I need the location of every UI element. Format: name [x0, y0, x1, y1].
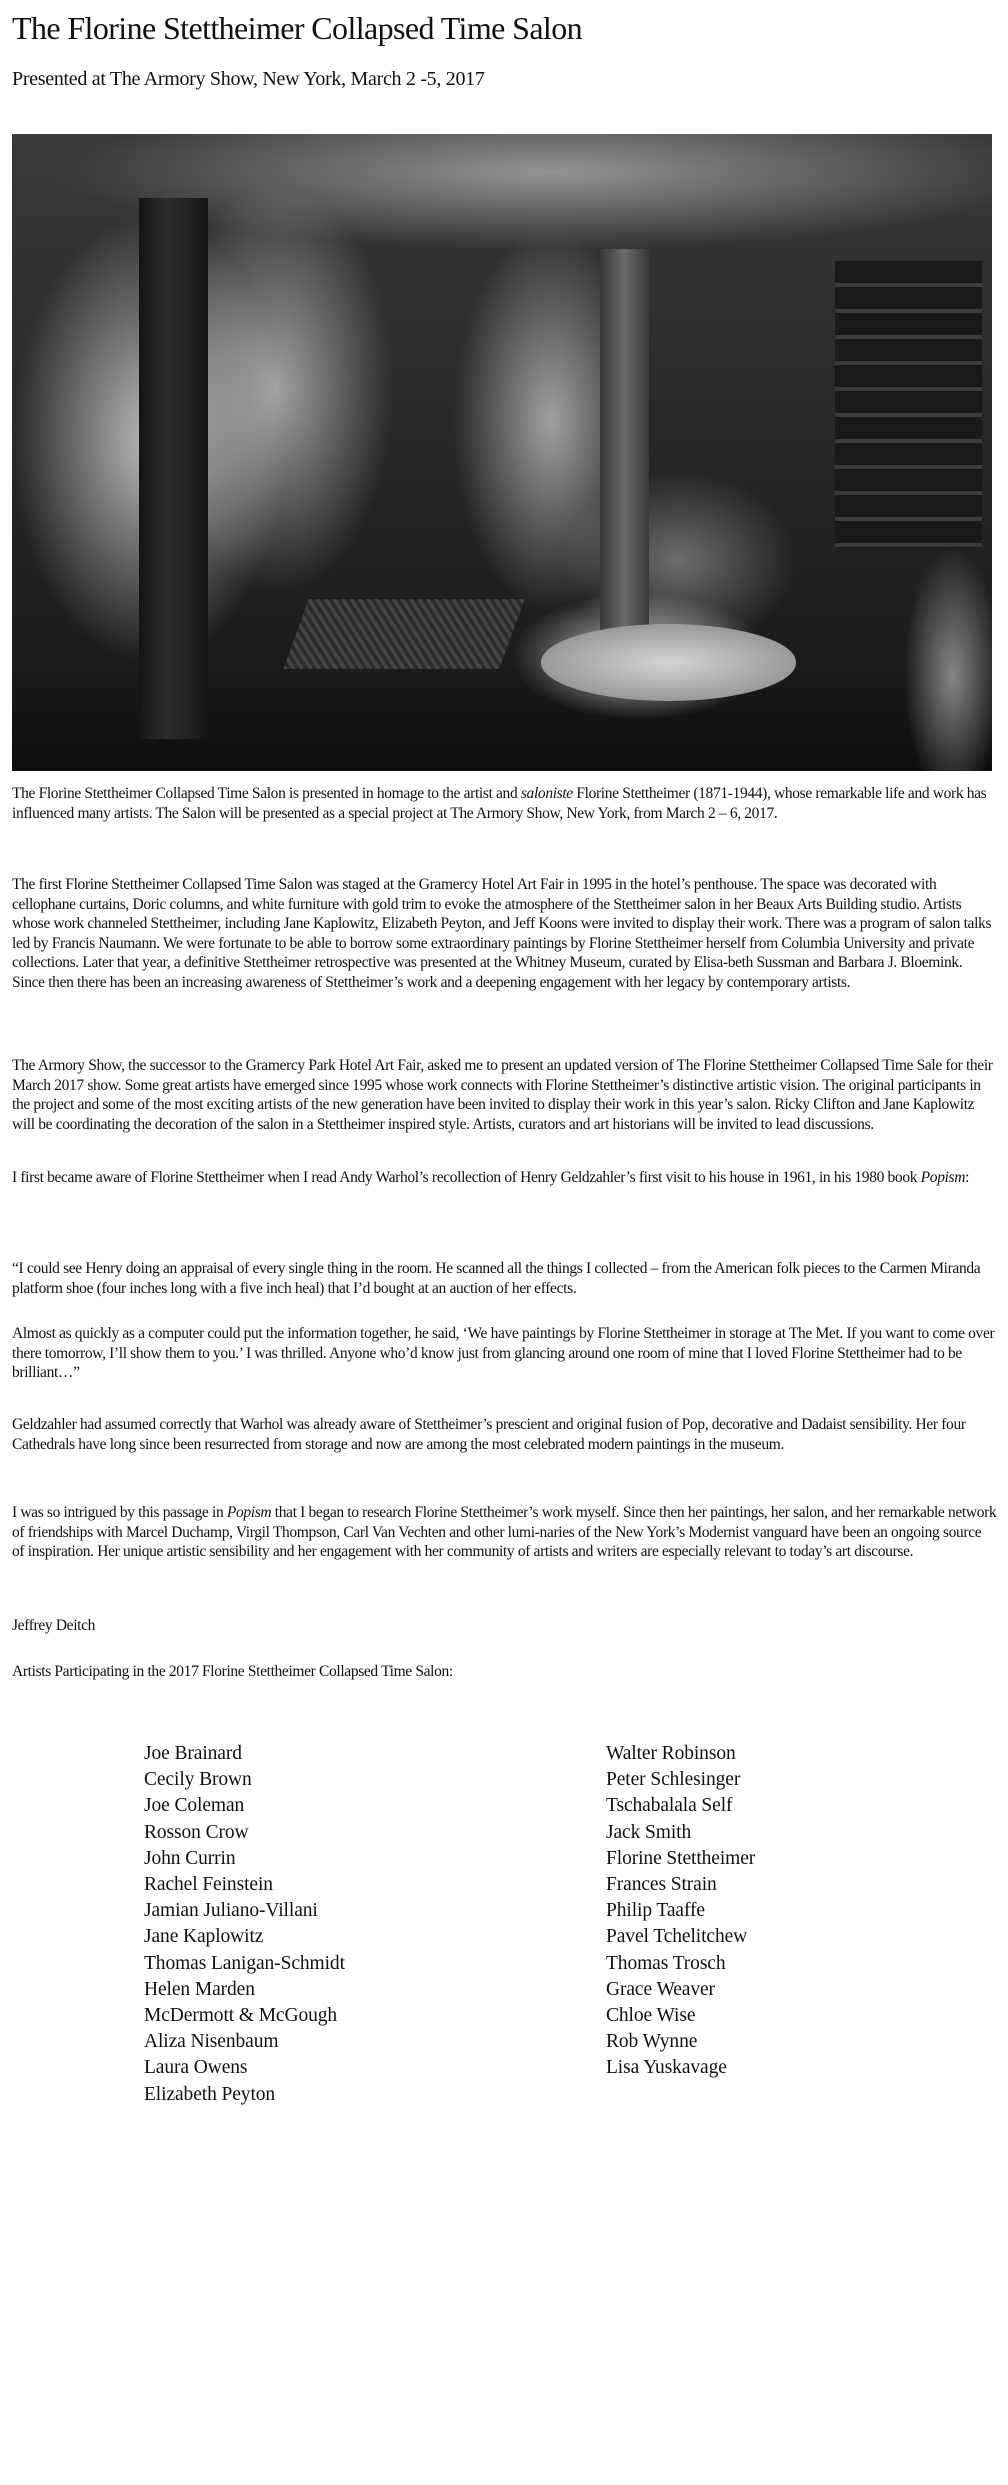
artist-name: Joe Coleman — [144, 1793, 345, 1819]
artist-name: Thomas Lanigan-Schmidt — [144, 1951, 345, 1977]
geldzahler-paragraph: Geldzahler had assumed correctly that Wa… — [12, 1415, 997, 1454]
artist-name: Walter Robinson — [606, 1741, 755, 1767]
artist-name: Rob Wynne — [606, 2029, 755, 2055]
artist-name: Peter Schlesinger — [606, 1767, 755, 1793]
bookshelf-shape — [835, 261, 982, 548]
artist-name: Florine Stettheimer — [606, 1846, 755, 1872]
book-title: Popism — [227, 1504, 271, 1521]
artist-name: Lisa Yuskavage — [606, 2055, 755, 2081]
paragraph-text: I first became aware of Florine Stetthei… — [12, 1169, 921, 1186]
artists-heading: Artists Participating in the 2017 Florin… — [12, 1662, 997, 1682]
page-title: The Florine Stettheimer Collapsed Time S… — [12, 8, 582, 48]
artist-name: Jamian Juliano-Villani — [144, 1898, 345, 1924]
book-title: Popism — [921, 1169, 965, 1186]
artist-name: Laura Owens — [144, 2055, 345, 2081]
paragraph-text: The Florine Stettheimer Collapsed Time S… — [12, 785, 521, 802]
salon-photograph — [12, 134, 992, 771]
artist-name: Pavel Tchelitchew — [606, 1924, 755, 1950]
artist-name: McDermott & McGough — [144, 2003, 345, 2029]
artist-name: Aliza Nisenbaum — [144, 2029, 345, 2055]
column-shape — [139, 198, 208, 739]
artist-name: Cecily Brown — [144, 1767, 345, 1793]
artist-name: Jane Kaplowitz — [144, 1924, 345, 1950]
italic-term: saloniste — [521, 785, 573, 802]
quote-paragraph-2: Almost as quickly as a computer could pu… — [12, 1324, 997, 1383]
artist-name: Rachel Feinstein — [144, 1872, 345, 1898]
artist-name: Joe Brainard — [144, 1741, 345, 1767]
warhol-paragraph: I first became aware of Florine Stetthei… — [12, 1168, 997, 1188]
artists-list-left: Joe Brainard Cecily Brown Joe Coleman Ro… — [144, 1741, 345, 2108]
artists-list-right: Walter Robinson Peter Schlesinger Tschab… — [606, 1741, 755, 2082]
artist-name: Tschabalala Self — [606, 1793, 755, 1819]
author-signature: Jeffrey Deitch — [12, 1616, 997, 1636]
artist-name: Jack Smith — [606, 1820, 755, 1846]
artist-name: Philip Taaffe — [606, 1898, 755, 1924]
column-shape — [600, 249, 649, 631]
artist-name: Grace Weaver — [606, 1977, 755, 2003]
history-paragraph: The first Florine Stettheimer Collapsed … — [12, 875, 997, 993]
quote-paragraph-1: “I could see Henry doing an appraisal of… — [12, 1259, 997, 1298]
artist-name: Elizabeth Peyton — [144, 2082, 345, 2108]
rug-shape — [283, 599, 524, 669]
artist-name: Frances Strain — [606, 1872, 755, 1898]
artist-name: Chloe Wise — [606, 2003, 755, 2029]
artist-name: John Currin — [144, 1846, 345, 1872]
paragraph-text: : — [965, 1169, 969, 1186]
artist-name: Rosson Crow — [144, 1820, 345, 1846]
intro-paragraph: The Florine Stettheimer Collapsed Time S… — [12, 784, 997, 823]
armory-paragraph: The Armory Show, the successor to the Gr… — [12, 1056, 997, 1134]
paragraph-text: I was so intrigued by this passage in — [12, 1504, 227, 1521]
table-shape — [541, 624, 796, 700]
artist-name: Helen Marden — [144, 1977, 345, 2003]
artist-name: Thomas Trosch — [606, 1951, 755, 1977]
inspiration-paragraph: I was so intrigued by this passage in Po… — [12, 1503, 997, 1562]
page-subtitle: Presented at The Armory Show, New York, … — [12, 66, 485, 92]
